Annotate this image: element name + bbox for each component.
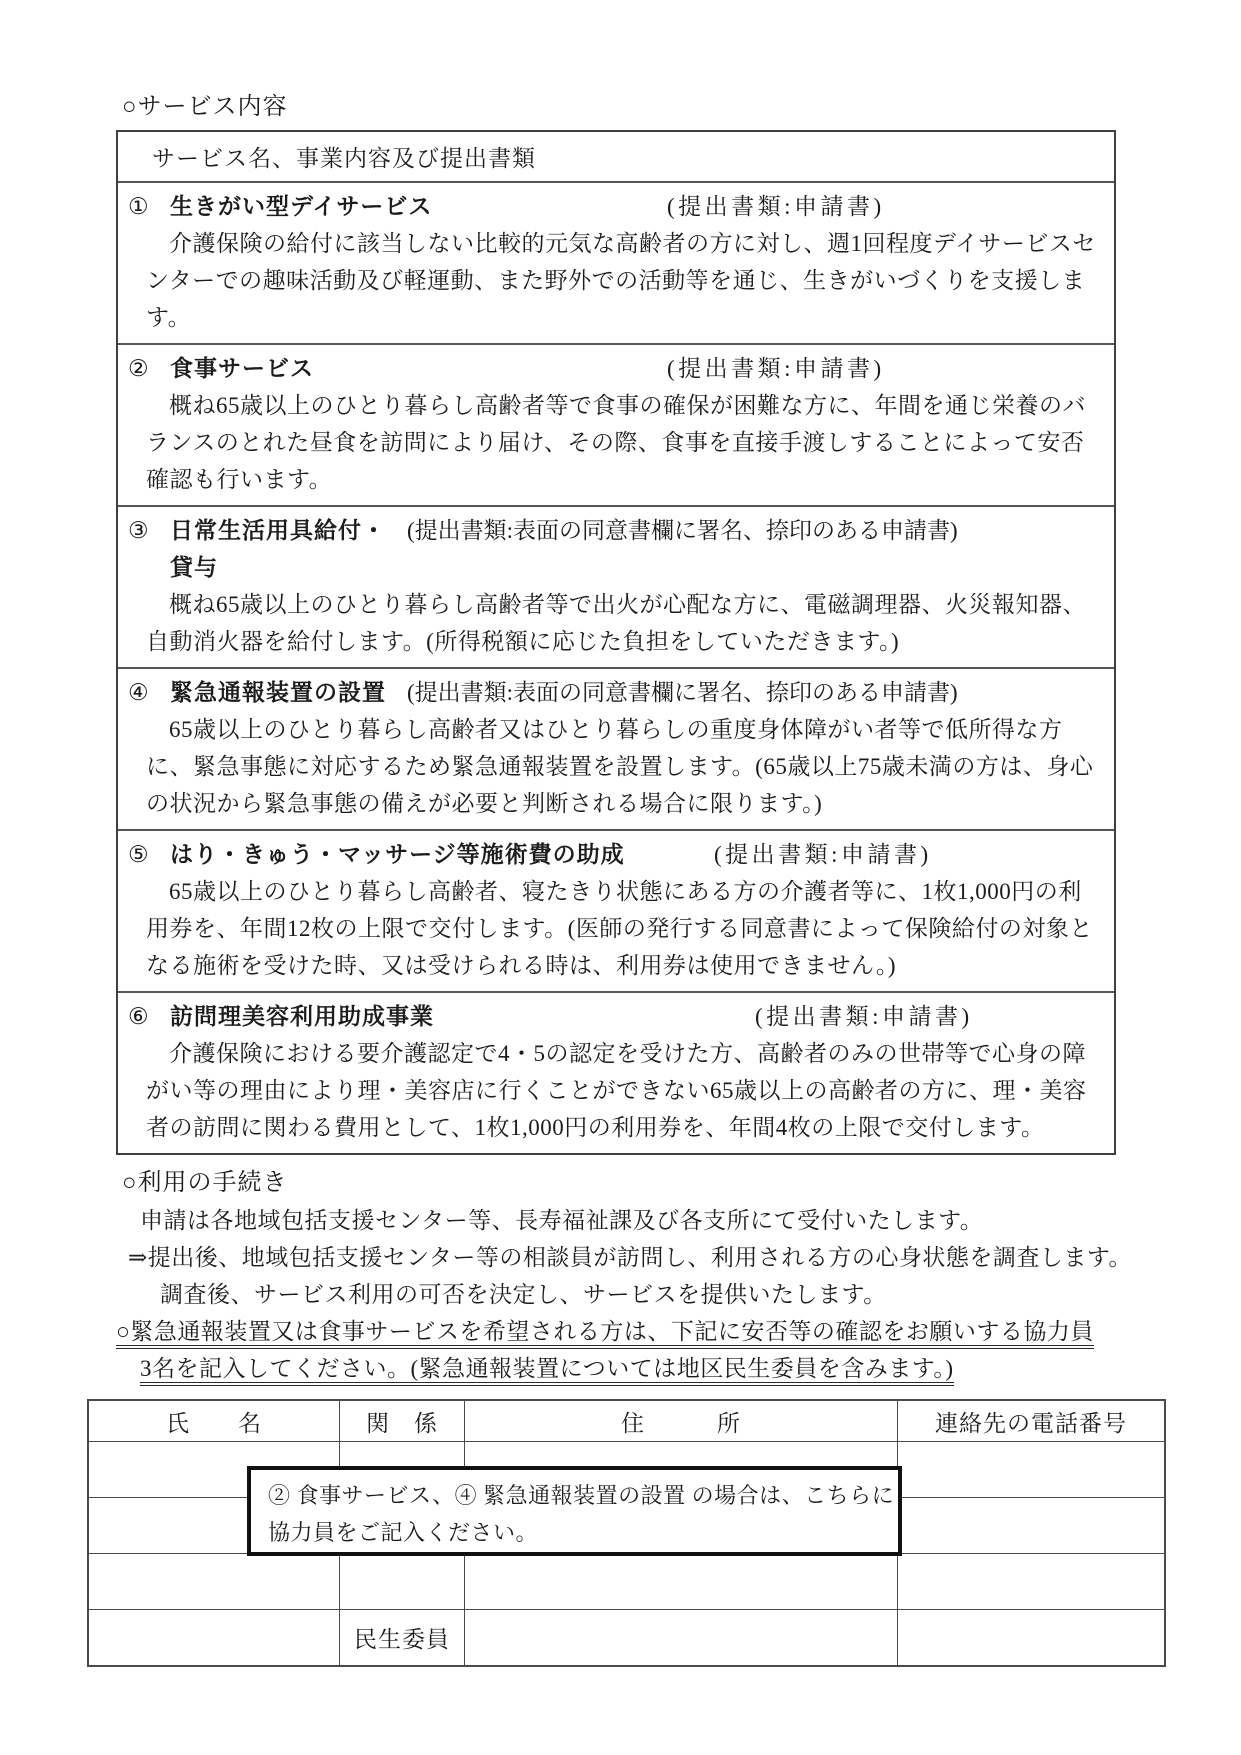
service-title: 訪問理美容利用助成事業	[170, 998, 755, 1035]
service-row-3: ③ 日常生活用具給付・貸与 (提出書類:表面の同意書欄に署名、捺印のある申請書)…	[118, 507, 1114, 669]
relation-cell: 民生委員	[340, 1610, 465, 1667]
service-title-line: ④ 緊急通報装置の設置 (提出書類:表面の同意書欄に署名、捺印のある申請書)	[128, 674, 1100, 711]
relation-cell	[340, 1554, 465, 1610]
service-row-5: ⑤ はり・きゅう・マッサージ等施術費の助成 (提出書類:申請書) 65歳以上のひ…	[118, 831, 1114, 993]
phone-cell	[898, 1554, 1166, 1610]
column-header-address: 住 所	[465, 1400, 898, 1442]
procedure-line: ⇒提出後、地域包括支援センター等の相談員が訪問し、利用される方の心身状態を調査し…	[128, 1239, 1241, 1276]
service-title: 日常生活用具給付・貸与	[170, 512, 407, 586]
service-required-docs: (提出書類:申請書)	[714, 836, 932, 873]
service-description: 概ね65歳以上のひとり暮らし高齢者等で出火が心配な方に、電磁調理器、火災報知器、…	[128, 586, 1100, 660]
phone-cell	[898, 1442, 1166, 1498]
service-description: 65歳以上のひとり暮らし高齢者、寝たきり状態にある方の介護者等に、1枚1,000…	[128, 873, 1100, 984]
procedures-section: ○利用の手続き 申請は各地域包括支援センター等、長寿福祉課及び各支所にて受付いた…	[116, 1165, 1241, 1387]
section-heading-procedures: ○利用の手続き	[122, 1165, 1241, 1202]
service-title-line: ① 生きがい型デイサービス (提出書類:申請書)	[128, 188, 1100, 225]
service-row-6: ⑥ 訪問理美容利用助成事業 (提出書類:申請書) 介護保険における要介護認定で4…	[118, 993, 1114, 1153]
service-title-line: ② 食事サービス (提出書類:申請書)	[128, 350, 1100, 387]
contacts-row-4: 民生委員	[88, 1610, 1165, 1667]
service-row-2: ② 食事サービス (提出書類:申請書) 概ね65歳以上のひとり暮らし高齢者等で食…	[118, 345, 1114, 507]
name-cell	[88, 1610, 340, 1667]
procedure-line: 申請は各地域包括支援センター等、長寿福祉課及び各支所にて受付いたします。	[140, 1202, 1241, 1239]
service-description: 介護保険の給付に該当しない比較的元気な高齢者の方に対し、週1回程度デイサービスセ…	[128, 225, 1100, 336]
service-number: ②	[128, 350, 158, 387]
phone-cell	[898, 1610, 1166, 1667]
cooperators-callout-box: ② 食事サービス、④ 緊急通報装置の設置 の場合は、こちらに 協力員をご記入くだ…	[247, 1466, 902, 1556]
service-required-docs: (提出書類:申請書)	[755, 998, 973, 1035]
column-header-relation: 関 係	[340, 1400, 465, 1442]
column-header-phone: 連絡先の電話番号	[898, 1400, 1166, 1442]
service-title: 緊急通報装置の設置	[170, 674, 407, 711]
service-title-line: ⑥ 訪問理美容利用助成事業 (提出書類:申請書)	[128, 998, 1100, 1035]
service-description: 介護保険における要介護認定で4・5の認定を受けた方、高齢者のみの世帯等で心身の障…	[128, 1035, 1100, 1146]
procedure-line: 調査後、サービス利用の可否を決定し、サービスを提供いたします。	[160, 1276, 1241, 1313]
address-cell	[465, 1554, 898, 1610]
services-table: サービス名、事業内容及び提出書類 ① 生きがい型デイサービス (提出書類:申請書…	[116, 130, 1116, 1155]
section-heading-services: ○サービス内容	[122, 92, 1241, 122]
service-number: ①	[128, 188, 158, 225]
name-cell	[88, 1554, 340, 1610]
callout-line: 協力員をご記入ください。	[268, 1514, 898, 1551]
contacts-form-section: 氏 名 関 係 住 所 連絡先の電話番号	[87, 1399, 1153, 1667]
phone-cell	[898, 1498, 1166, 1554]
services-table-header: サービス名、事業内容及び提出書類	[118, 132, 1114, 183]
service-number: ⑥	[128, 998, 158, 1035]
service-title: はり・きゅう・マッサージ等施術費の助成	[170, 836, 714, 873]
notice-underlined-text: ○緊急通報装置又は食事サービスを希望される方は、下記に安否等の確認をお願いする協…	[116, 1319, 1094, 1349]
service-row-4: ④ 緊急通報装置の設置 (提出書類:表面の同意書欄に署名、捺印のある申請書) 6…	[118, 669, 1114, 831]
service-number: ⑤	[128, 836, 158, 873]
service-description: 65歳以上のひとり暮らし高齢者又はひとり暮らしの重度身体障がい者等で低所得な方に…	[128, 711, 1100, 822]
document-page: ○サービス内容 サービス名、事業内容及び提出書類 ① 生きがい型デイサービス (…	[0, 0, 1241, 1667]
notice-underlined-text: 3名を記入してください。(緊急通報装置については地区民生委員を含みます。)	[140, 1356, 954, 1386]
service-number: ④	[128, 674, 158, 711]
contacts-row-3	[88, 1554, 1165, 1610]
notice-line: ○緊急通報装置又は食事サービスを希望される方は、下記に安否等の確認をお願いする協…	[116, 1313, 1241, 1350]
service-title: 生きがい型デイサービス	[170, 188, 667, 225]
contacts-header-row: 氏 名 関 係 住 所 連絡先の電話番号	[88, 1400, 1165, 1442]
service-title: 食事サービス	[170, 350, 667, 387]
address-cell	[465, 1610, 898, 1667]
column-header-name: 氏 名	[88, 1400, 340, 1442]
service-number: ③	[128, 512, 158, 549]
notice-line: 3名を記入してください。(緊急通報装置については地区民生委員を含みます。)	[140, 1350, 1241, 1387]
service-row-1: ① 生きがい型デイサービス (提出書類:申請書) 介護保険の給付に該当しない比較…	[118, 183, 1114, 345]
service-description: 概ね65歳以上のひとり暮らし高齢者等で食事の確保が困難な方に、年間を通じ栄養のバ…	[128, 387, 1100, 498]
service-required-docs: (提出書類:申請書)	[667, 350, 885, 387]
service-title-line: ③ 日常生活用具給付・貸与 (提出書類:表面の同意書欄に署名、捺印のある申請書)	[128, 512, 1100, 586]
callout-line: ② 食事サービス、④ 緊急通報装置の設置 の場合は、こちらに	[268, 1477, 898, 1514]
service-title-line: ⑤ はり・きゅう・マッサージ等施術費の助成 (提出書類:申請書)	[128, 836, 1100, 873]
service-required-docs: (提出書類:申請書)	[667, 188, 885, 225]
service-required-docs: (提出書類:表面の同意書欄に署名、捺印のある申請書)	[407, 674, 958, 711]
service-required-docs: (提出書類:表面の同意書欄に署名、捺印のある申請書)	[407, 512, 958, 549]
